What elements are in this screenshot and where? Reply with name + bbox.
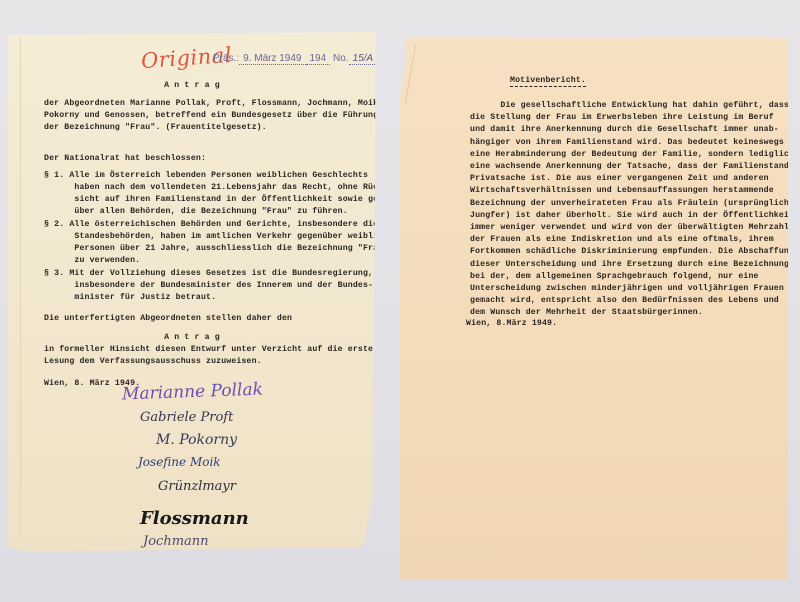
signature-pollak: Marianne Pollak — [122, 380, 264, 405]
motivenbericht-body: Die gesellschaftliche Entwicklung hat da… — [470, 100, 794, 320]
registration-stamp: Präs.:9. März 1949194 No.15/A — [213, 53, 377, 64]
antrag-title: A n t r a g — [8, 80, 376, 92]
signature-jochmann: Jochmann — [143, 534, 209, 549]
paragraph-3: § 3. Mit der Vollziehung dieses Gesetzes… — [44, 268, 373, 304]
no-label: No. — [333, 53, 349, 64]
paper-fold-line — [405, 44, 416, 103]
signature-proft: Gabriele Proft — [140, 410, 233, 425]
motivenbericht-document-page: Motivenbericht. Die gesellschaftliche En… — [400, 38, 788, 580]
signature-pokorny: M. Pokorny — [156, 432, 237, 448]
paragraph-2: § 2. Alle österreichischen Behörden und … — [44, 219, 398, 267]
paragraph-1: § 1. Alle im Österreich lebenden Persone… — [44, 170, 398, 218]
stamp-year-suffix: 194 — [306, 53, 331, 65]
resolution-line: Der Nationalrat hat beschlossen: — [44, 153, 206, 165]
praes-label: Präs.: — [213, 53, 239, 64]
antrag-intro: der Abgeordneten Marianne Pollak, Proft,… — [44, 98, 383, 134]
motivenbericht-place-date: Wien, 8.März 1949. — [466, 318, 557, 330]
signature-flossmann: Flossmann — [140, 508, 249, 529]
stamp-date: 9. März 1949 — [239, 53, 305, 65]
stamp-number: 15/A — [349, 53, 378, 65]
closing-text: in formeller Hinsicht diesen Entwurf unt… — [44, 344, 373, 368]
signature-gruenzlmayr: Grünzlmayr — [158, 479, 236, 494]
paper-fold-line — [20, 38, 21, 538]
signature-moik: Josefine Moik — [138, 455, 221, 469]
antrag-document-page: Original Präs.:9. März 1949194 No.15/A A… — [8, 32, 376, 552]
motivenbericht-title: Motivenbericht. — [510, 75, 586, 87]
closing-title: A n t r a g — [8, 332, 376, 344]
closing-intro: Die unterfertigten Abgeordneten stellen … — [44, 313, 292, 325]
